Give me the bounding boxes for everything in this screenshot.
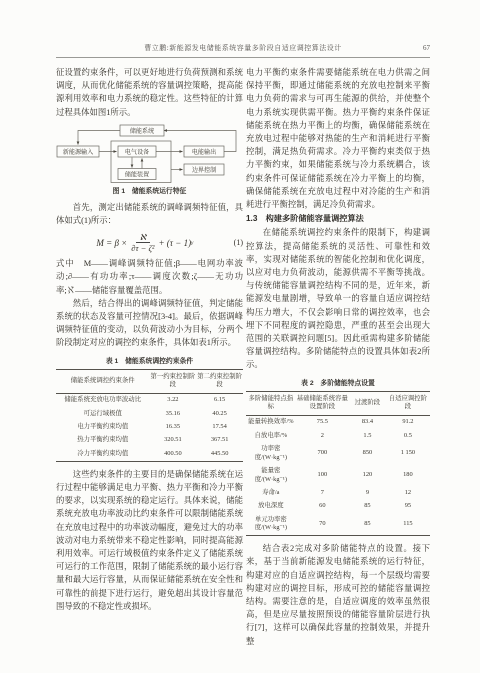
equation-exponent: γ <box>191 240 193 246</box>
table-cell: 冷力平衡约束均值 <box>56 447 150 461</box>
table-cell: 445.50 <box>196 447 243 461</box>
running-title: 曹立鹏:新能源发电储能系统容量多阶段自适应调控算法设计 <box>56 44 430 53</box>
flowchart-label-output: 电能输出 <box>192 148 216 156</box>
flow-line-system-to-input <box>78 130 120 144</box>
section-heading-1-3: 1.3 构建多阶储能容量调控算法 <box>246 212 430 225</box>
table-header-cell: 过渡阶段 <box>349 391 386 415</box>
table-cell: 1 150 <box>386 443 430 465</box>
table-cell: 40.25 <box>196 407 243 420</box>
table-row: 放电深度 60 85 95 <box>246 500 430 513</box>
table-cell: 100 <box>296 465 349 487</box>
table-cell: 功率密度/(W·kg⁻¹) <box>246 443 296 465</box>
table-header-cell: 第二约束控制阶段 <box>196 369 243 393</box>
table-cell: 91.2 <box>386 415 430 429</box>
table-cell: 可运行域极值 <box>56 407 150 420</box>
table-1-caption: 表 1 储能系统调控约束条件 <box>56 357 243 366</box>
table-row: 能量密度/(W·kg⁻¹) 100 120 180 <box>246 465 430 487</box>
table-cell: 850 <box>349 443 386 465</box>
equation-numerator: ℵ <box>136 232 150 243</box>
table-cell: 85 <box>349 500 386 513</box>
table-cell: 120 <box>349 465 386 487</box>
table-cell: 储能系统充放电功率波动比 <box>56 393 150 407</box>
table-header-cell: 第一约束控制阶段 <box>150 369 197 393</box>
paragraph: 首先，测定出储能系统的调峰调频特征值，具体如式(1)所示： <box>56 201 243 227</box>
paragraph: 这些约束条件的主要目的是确保储能系统在运行过程中能够满足电力平衡、热力平衡和冷力… <box>56 468 243 613</box>
paragraph: 结合表2完成对多阶储能特点的设置。接下来，基于当前新能源发电储能系统的运行特征，… <box>246 542 430 648</box>
table-cell: 能量密度/(W·kg⁻¹) <box>246 465 296 487</box>
table-cell: 35.16 <box>150 407 197 420</box>
flowchart-label-boundary: 边界控制 <box>192 166 216 174</box>
equation-lhs: M = β × <box>96 238 127 248</box>
table-1: 储能系统调控约束条件 第一约束控制阶段 第二约束控制阶段 储能系统充放电功率波动… <box>56 369 243 462</box>
equation-1-body: M = β × ℵ ∂τ − ζ² + (τ − 1) γ <box>56 232 234 253</box>
table-cell: 115 <box>386 513 430 535</box>
table-row: 功率密度/(W·kg⁻¹) 700 850 1 150 <box>246 443 430 465</box>
table-header-cell: 多阶储能特点指标 <box>246 391 296 415</box>
right-column: 电力平衡约束条件需要储能系统在电力供需之间保持平衡，即通过储能系统的充放电控制来… <box>246 66 430 648</box>
table-row: 可运行域极值 35.16 40.25 <box>56 407 243 420</box>
table-row: 能量转换效率/% 75.5 83.4 91.2 <box>246 415 430 429</box>
table-cell: 367.51 <box>196 434 243 447</box>
table-cell: 热力平衡约束均值 <box>56 434 150 447</box>
table-2: 多阶储能特点指标 基础储能系统容量设置阶段 过渡阶段 自适应调控阶段 能量转换效… <box>246 391 430 537</box>
table-cell: 700 <box>296 443 349 465</box>
table-cell: 16.35 <box>150 421 197 434</box>
flowchart-label-input: 新能源输入 <box>63 148 93 156</box>
figure-1-caption: 图 1 储能系统运行特征 <box>56 187 243 196</box>
paragraph: 征设置约束条件，可以更好地进行负荷预测和系统调度，从而优化储能系统的容量调控策略… <box>56 66 243 119</box>
table-header-cell: 储能系统调控约束条件 <box>56 369 150 393</box>
table-cell: 放电深度 <box>246 500 296 513</box>
table-cell: 75.5 <box>296 415 349 429</box>
table-cell: 3.22 <box>150 393 197 407</box>
page-number: 67 <box>423 44 430 53</box>
paper-page: 曹立鹏:新能源发电储能系统容量多阶段自适应调控算法设计 67 征设置约束条件，可… <box>0 0 480 673</box>
table-row: 热力平衡约束均值 320.51 367.51 <box>56 434 243 447</box>
table-cell: 95 <box>386 500 430 513</box>
table-cell: 寿命/a <box>246 487 296 500</box>
table-2-caption: 表 2 多阶储能特点设置 <box>246 379 430 388</box>
left-column: 征设置约束条件，可以更好地进行负荷预测和系统调度，从而优化储能系统的容量调控策略… <box>56 66 243 613</box>
table-row-header: 储能系统调控约束条件 第一约束控制阶段 第二约束控制阶段 <box>56 369 243 393</box>
figure-1: 储能系统 新能源输入 电气设备 电能输出 边界控制 储能装置 图 1 储能系统运… <box>56 124 243 196</box>
table-row: 电力平衡约束均值 16.35 17.54 <box>56 421 243 434</box>
flowchart-label-system: 储能系统 <box>130 127 155 135</box>
table-cell: 85 <box>349 513 386 535</box>
equation-1: M = β × ℵ ∂τ − ζ² + (τ − 1) γ (1) <box>56 232 243 253</box>
equation-tail: + (τ − 1) <box>158 238 191 248</box>
flowchart-storage-system: 储能系统 新能源输入 电气设备 电能输出 边界控制 储能装置 <box>56 124 243 184</box>
table-row: 寿命/a 7 9 12 <box>246 487 430 500</box>
table-cell: 6.15 <box>196 393 243 407</box>
table-cell: 能量转换效率/% <box>246 415 296 429</box>
table-cell: 320.51 <box>150 434 197 447</box>
table-cell: 自放电率/% <box>246 429 296 442</box>
table-cell: 83.4 <box>349 415 386 429</box>
table-cell: 400.50 <box>150 447 197 461</box>
equation-number: (1) <box>234 238 243 247</box>
table-cell: 单元功率密度/(W·kg⁻¹) <box>246 513 296 535</box>
page-header: 曹立鹏:新能源发电储能系统容量多阶段自适应调控算法设计 67 <box>56 44 430 58</box>
equation-fraction: ℵ ∂τ − ζ² <box>129 232 156 253</box>
table-cell: 1.5 <box>349 429 386 442</box>
equation-denominator: ∂τ − ζ² <box>129 243 156 253</box>
table-header-cell: 基础储能系统容量设置阶段 <box>296 391 349 415</box>
paragraph: 电力平衡约束条件需要储能系统在电力供需之间保持平衡，即通过储能系统的充放电控制来… <box>246 66 430 211</box>
table-header-cell: 自适应调控阶段 <box>386 391 430 415</box>
table-cell: 60 <box>296 500 349 513</box>
table-row: 储能系统充放电功率波动比 3.22 6.15 <box>56 393 243 407</box>
table-cell: 7 <box>296 487 349 500</box>
table-cell: 70 <box>296 513 349 535</box>
flowchart-label-device: 电气设备 <box>125 148 149 156</box>
table-row: 单元功率密度/(W·kg⁻¹) 70 85 115 <box>246 513 430 535</box>
paragraph: 在储能系统调控约束条件的限制下，构建调控算法，提高储能系统的灵活性、可靠性和效率… <box>246 226 430 371</box>
table-cell: 17.54 <box>196 421 243 434</box>
table-cell: 9 <box>349 487 386 500</box>
table-cell: 180 <box>386 465 430 487</box>
paragraph: 然后，结合得出的调峰调频特征值，判定储能系统的状态及容量可控情况[3-4]。最后… <box>56 297 243 350</box>
table-cell: 0.5 <box>386 429 430 442</box>
table-row: 自放电率/% 2 1.5 0.5 <box>246 429 430 442</box>
paragraph-where-clause: 式中 M——调峰调频特征值;β——电网功率波动;∂——有功功率;τ——调度次数;… <box>56 257 243 297</box>
table-cell: 2 <box>296 429 349 442</box>
table-cell: 12 <box>386 487 430 500</box>
table-row-header: 多阶储能特点指标 基础储能系统容量设置阶段 过渡阶段 自适应调控阶段 <box>246 391 430 415</box>
flowchart-label-storage: 储能装置 <box>125 170 149 178</box>
table-row: 冷力平衡约束均值 400.50 445.50 <box>56 447 243 461</box>
table-cell: 电力平衡约束均值 <box>56 421 150 434</box>
